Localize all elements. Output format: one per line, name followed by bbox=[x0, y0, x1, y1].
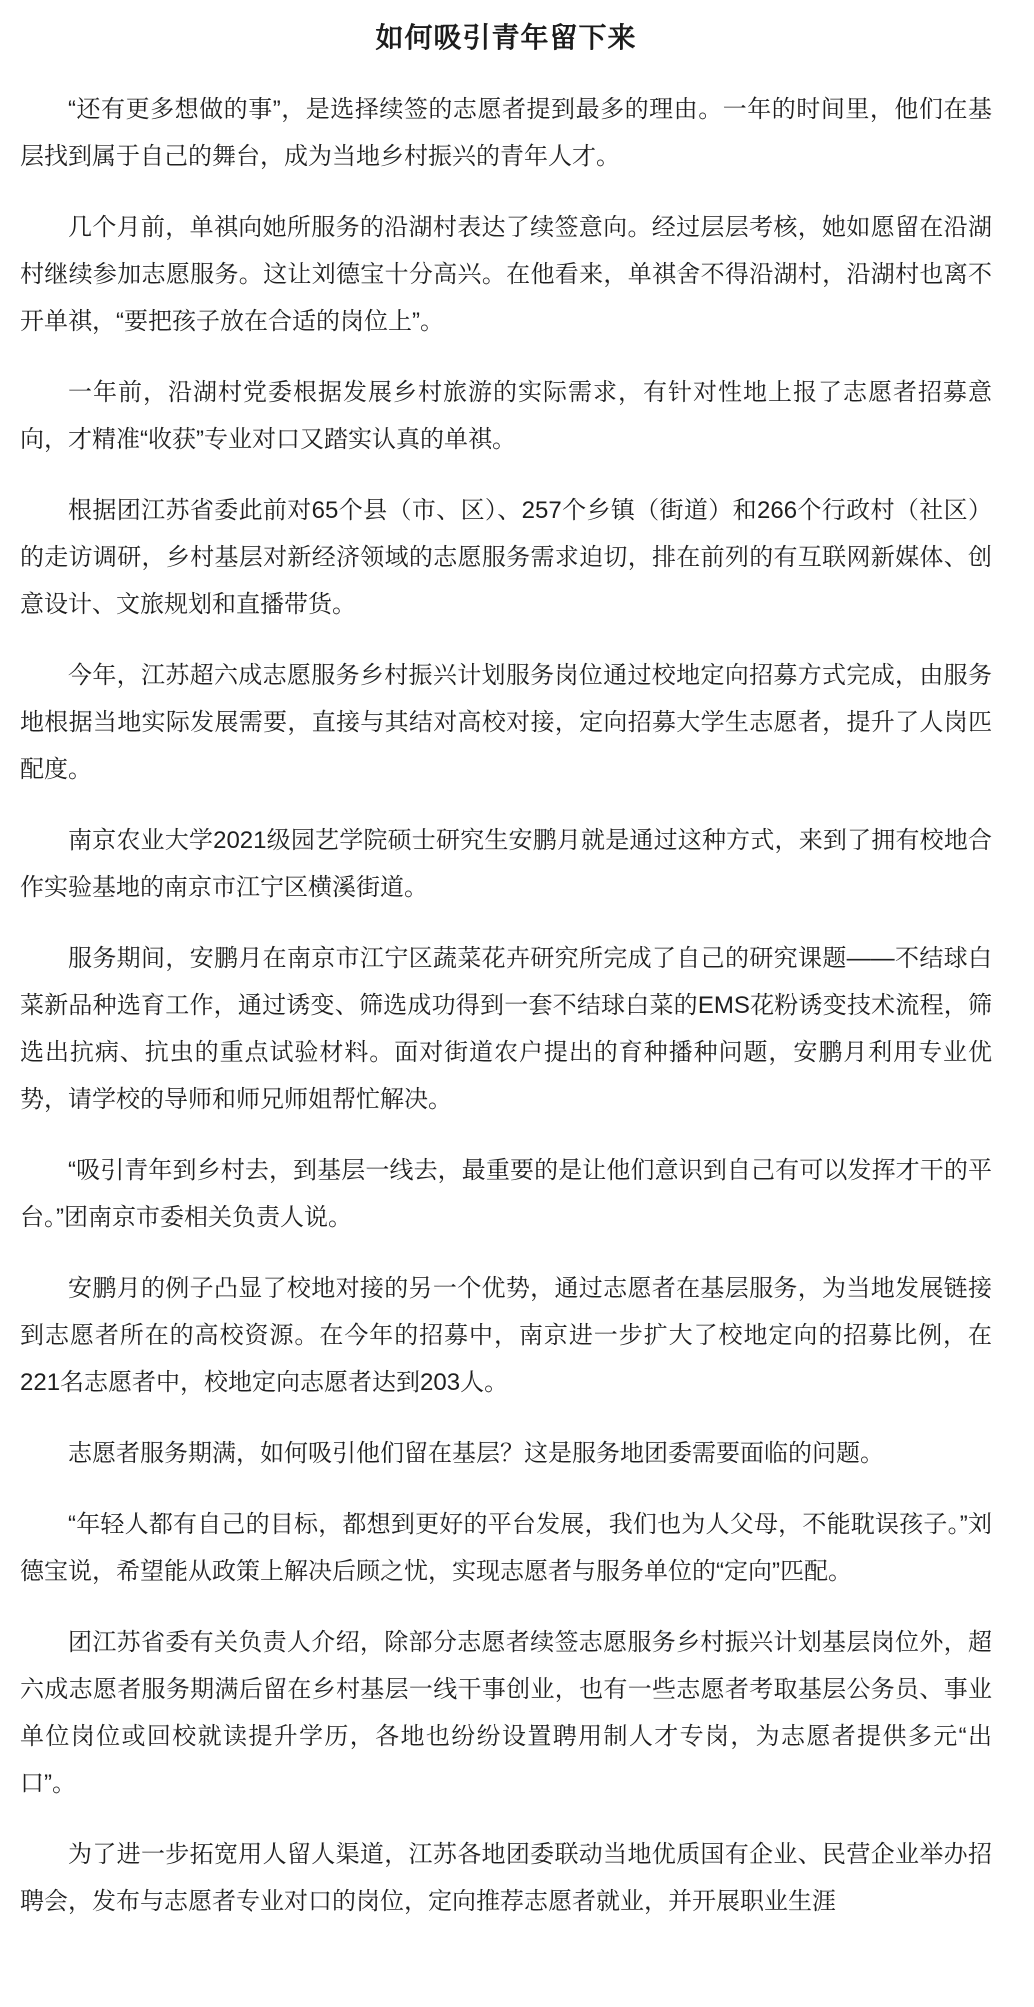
paragraph: “年轻人都有自己的目标，都想到更好的平台发展，我们也为人父母，不能耽误孩子。”刘… bbox=[20, 1501, 992, 1595]
paragraph: 一年前，沿湖村党委根据发展乡村旅游的实际需求，有针对性地上报了志愿者招募意向，才… bbox=[20, 369, 992, 463]
paragraph: “吸引青年到乡村去，到基层一线去，最重要的是让他们意识到自己有可以发挥才干的平台… bbox=[20, 1147, 992, 1241]
paragraph: 为了进一步拓宽用人留人渠道，江苏各地团委联动当地优质国有企业、民营企业举办招聘会… bbox=[20, 1831, 992, 1925]
paragraph: 安鹏月的例子凸显了校地对接的另一个优势，通过志愿者在基层服务，为当地发展链接到志… bbox=[20, 1265, 992, 1406]
article-title: 如何吸引青年留下来 bbox=[20, 18, 992, 58]
paragraph: “还有更多想做的事”，是选择续签的志愿者提到最多的理由。一年的时间里，他们在基层… bbox=[20, 86, 992, 180]
paragraph: 服务期间，安鹏月在南京市江宁区蔬菜花卉研究所完成了自己的研究课题——不结球白菜新… bbox=[20, 935, 992, 1123]
paragraph: 志愿者服务期满，如何吸引他们留在基层？这是服务地团委需要面临的问题。 bbox=[20, 1430, 992, 1477]
article-page: 如何吸引青年留下来 “还有更多想做的事”，是选择续签的志愿者提到最多的理由。一年… bbox=[0, 0, 1034, 2007]
paragraph: 几个月前，单祺向她所服务的沿湖村表达了续签意向。经过层层考核，她如愿留在沿湖村继… bbox=[20, 204, 992, 345]
paragraph: 根据团江苏省委此前对65个县（市、区）、257个乡镇（街道）和266个行政村（社… bbox=[20, 487, 992, 628]
paragraph: 南京农业大学2021级园艺学院硕士研究生安鹏月就是通过这种方式，来到了拥有校地合… bbox=[20, 817, 992, 911]
paragraph: 今年，江苏超六成志愿服务乡村振兴计划服务岗位通过校地定向招募方式完成，由服务地根… bbox=[20, 652, 992, 793]
paragraph: 团江苏省委有关负责人介绍，除部分志愿者续签志愿服务乡村振兴计划基层岗位外，超六成… bbox=[20, 1619, 992, 1807]
article-body: “还有更多想做的事”，是选择续签的志愿者提到最多的理由。一年的时间里，他们在基层… bbox=[20, 86, 992, 1925]
